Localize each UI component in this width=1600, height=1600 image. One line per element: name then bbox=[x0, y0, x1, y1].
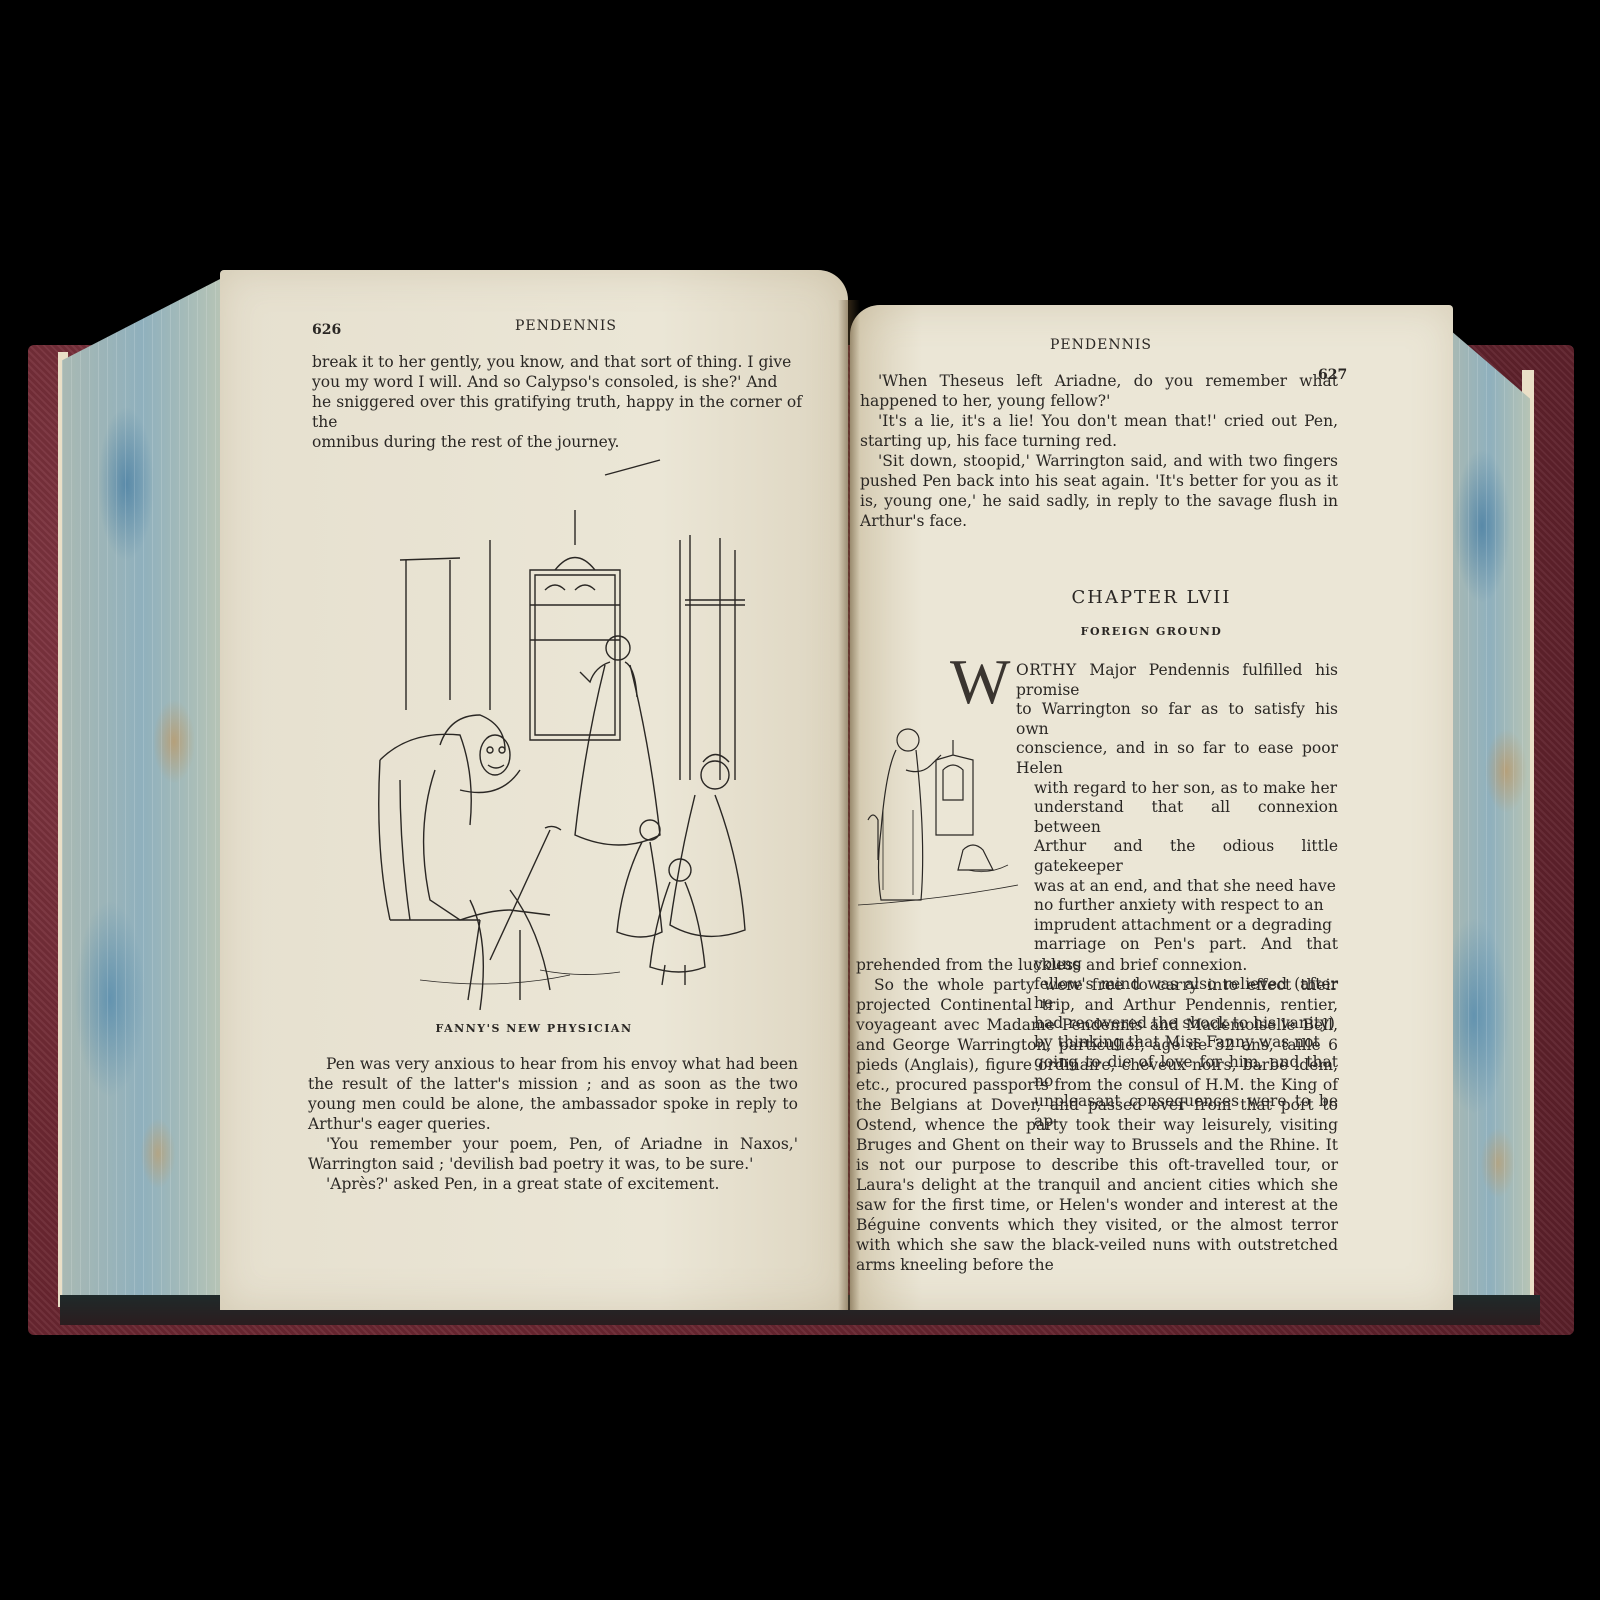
text-line: with regard to her son, as to make her bbox=[1016, 779, 1338, 799]
text-line: you my word I will. And so Calypso's con… bbox=[312, 372, 802, 392]
paragraph-tail: prehended from the luckless and brief co… bbox=[856, 955, 1338, 975]
right-marbled-page-edge bbox=[1450, 330, 1530, 1310]
running-head: PENDENNIS bbox=[515, 318, 617, 334]
chapter-subtitle: FOREIGN GROUND bbox=[850, 625, 1453, 638]
paragraph: 'You remember your poem, Pen, of Ariadne… bbox=[308, 1134, 798, 1174]
text-line: ORTHY Major Pendennis fulfilled his prom… bbox=[1016, 661, 1338, 700]
paragraph: Pen was very anxious to hear from his en… bbox=[308, 1054, 798, 1134]
running-head: PENDENNIS bbox=[1050, 337, 1152, 353]
body-text: Pen was very anxious to hear from his en… bbox=[308, 1054, 798, 1194]
text-line: omnibus during the rest of the journey. bbox=[312, 432, 802, 452]
text-line: to Warrington so far as to satisfy his o… bbox=[1016, 700, 1338, 739]
illustration-caption: FANNY'S NEW PHYSICIAN bbox=[220, 1022, 848, 1035]
text-line: he sniggered over this gratifying truth,… bbox=[312, 392, 802, 432]
left-marbled-page-edge bbox=[62, 278, 222, 1308]
top-paragraph: break it to her gently, you know, and th… bbox=[312, 352, 802, 452]
top-paragraphs: 'When Theseus left Ariadne, do you remem… bbox=[860, 371, 1338, 531]
chapter-title: CHAPTER LVII bbox=[850, 587, 1453, 608]
paragraph: 'Après?' asked Pen, in a great state of … bbox=[308, 1174, 798, 1194]
monk-engraving-illustration bbox=[858, 700, 1028, 920]
text-line: imprudent attachment or a degrading bbox=[1016, 916, 1338, 936]
text-line: Arthur and the odious little gatekeeper bbox=[1016, 837, 1338, 876]
text-line: break it to her gently, you know, and th… bbox=[312, 352, 802, 372]
open-book: 626 PENDENNIS break it to her gently, yo… bbox=[0, 0, 1600, 1600]
engraving-illustration bbox=[360, 450, 780, 1010]
text-line: conscience, and in so far to ease poor H… bbox=[1016, 739, 1338, 778]
paragraph: 'It's a lie, it's a lie! You don't mean … bbox=[860, 411, 1338, 451]
text-line: understand that all connexion between bbox=[1016, 798, 1338, 837]
opening-word: ORTHY bbox=[1016, 661, 1077, 679]
paragraph: 'When Theseus left Ariadne, do you remem… bbox=[860, 371, 1338, 411]
paragraph: 'Sit down, stoopid,' Warrington said, an… bbox=[860, 451, 1338, 531]
paragraph: So the whole party were free to carry in… bbox=[856, 975, 1338, 1275]
text-line: no further anxiety with respect to an bbox=[1016, 896, 1338, 916]
page-number: 626 bbox=[312, 322, 341, 338]
text-line: was at an end, and that she need have bbox=[1016, 877, 1338, 897]
book-gutter bbox=[838, 300, 860, 1310]
left-page: 626 PENDENNIS break it to her gently, yo… bbox=[220, 270, 848, 1310]
body-text: prehended from the luckless and brief co… bbox=[856, 955, 1338, 1275]
right-page: PENDENNIS 627 'When Theseus left Ariadne… bbox=[850, 305, 1453, 1310]
